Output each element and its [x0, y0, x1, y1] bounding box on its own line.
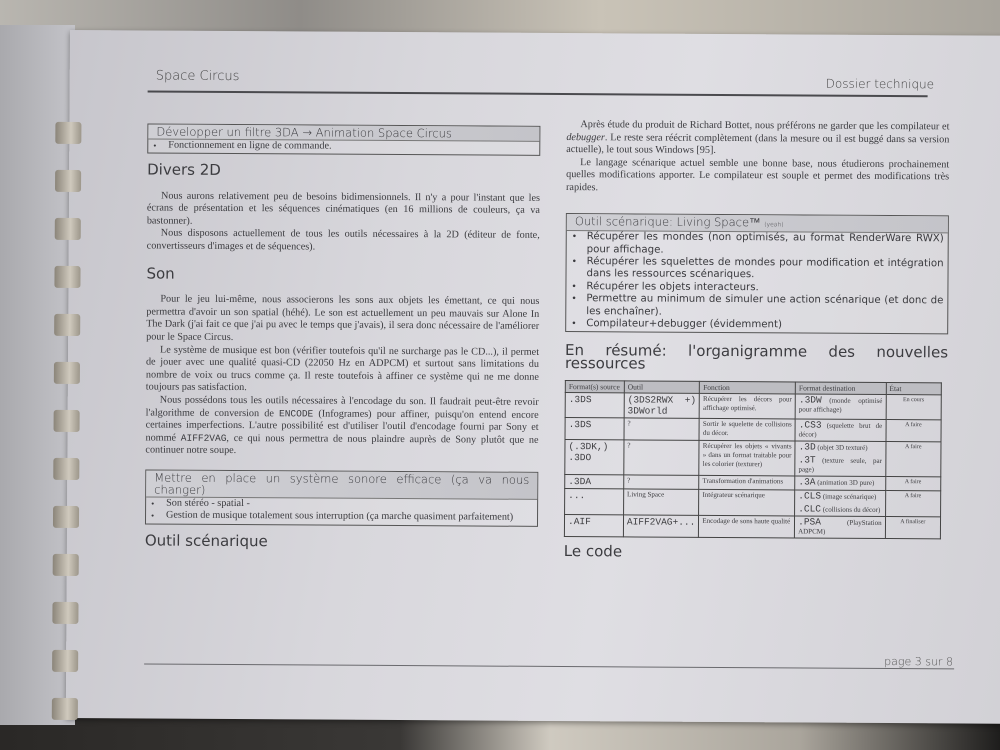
destination-entry: .3A (animation 3D pure)	[798, 477, 882, 488]
cell-status: A faire	[885, 441, 941, 476]
table-row: .3DS?Sortir le squelette de collisions d…	[565, 417, 941, 441]
binding-ring	[54, 362, 80, 384]
cell-destination: .3D (objet 3D texturé).3T (texture seule…	[795, 441, 886, 477]
destination-extension: .3A	[798, 476, 815, 487]
task-item: Gestion de musique totalement sous inter…	[166, 510, 533, 525]
cell-status: A finaliser	[885, 516, 941, 538]
binding-ring	[54, 410, 80, 432]
destination-extension: .CS3	[799, 419, 822, 430]
column-header: Format destination	[795, 382, 886, 395]
header-title: Space Circus	[156, 69, 240, 85]
paragraph: Nous aurons relativement peu de besoins …	[147, 190, 540, 230]
task-list: Son stéréo - spatial - Gestion de musiqu…	[146, 498, 537, 526]
cell-function: Sortir le squelette de collisions du déc…	[699, 418, 795, 441]
task-list: Fonctionnement en ligne de commande.	[148, 139, 539, 155]
task-item: Fonctionnement en ligne de commande.	[168, 139, 535, 154]
code-encode: ENCODE	[279, 408, 313, 419]
task-item: Récupérer les squelettes de mondes pour …	[586, 256, 943, 283]
cell-status: A faire	[885, 490, 941, 516]
destination-description: (objet 3D texturé)	[817, 443, 867, 451]
column-header: Outil	[624, 380, 699, 392]
cell-status: A faire	[885, 476, 940, 490]
cell-source-format: .3DS	[565, 392, 624, 417]
table-row: ...Living SpaceIntégrateur scénarique.CL…	[565, 488, 941, 516]
paragraph: Nous possédons tous les outils nécessair…	[145, 394, 538, 459]
binding-ring	[53, 506, 79, 528]
destination-entry: .3D (objet 3D texturé)	[799, 442, 883, 453]
destination-extension: .3D	[799, 441, 816, 452]
cell-tool: ?	[624, 474, 700, 488]
task-item: Compilateur+debugger (évidemment)	[586, 318, 943, 333]
section-heading-divers-2d: Divers 2D	[147, 163, 540, 178]
cell-function: Récupérer les objets « vivants » dans un…	[699, 440, 795, 476]
binding-ring	[54, 314, 80, 336]
task-list: Récupérer les mondes (non optimisés, au …	[566, 231, 948, 334]
cell-source-format: (.3DK,) .3DO	[565, 439, 624, 474]
left-column: Développer un filtre 3DA → Animation Spa…	[145, 123, 541, 549]
column-header: État	[886, 382, 941, 394]
table-body: .3DS(3DS2RWX +) 3DWorldRécupérer les déc…	[564, 392, 941, 538]
destination-entry: .CS3 (squelette brut de décor)	[799, 420, 883, 440]
destination-entry: .3DW (monde optimisé pour affichage)	[799, 395, 883, 415]
table-row: .AIFAIFF2VAG+...Encodage de sons haute q…	[564, 514, 940, 538]
document-page: Space Circus Dossier technique Développe…	[66, 30, 1000, 724]
cell-function: Intégrateur scénarique	[699, 489, 795, 516]
task-box-living-space: Outil scénarique: Living Space™ (yeah) R…	[565, 213, 949, 335]
destination-entry: .PSA (PlayStation ADPCM)	[798, 517, 882, 537]
section-heading-outil-scenarique: Outil scénarique	[145, 534, 538, 549]
cell-source-format: .3DS	[565, 417, 624, 439]
column-header: Format(s) source	[565, 380, 624, 392]
task-item: Permettre au minimum de simuler une acti…	[586, 293, 943, 320]
section-heading-son: Son	[146, 267, 539, 282]
binding-ring	[54, 266, 80, 288]
destination-entry: .CLS (image scénarique)	[798, 491, 882, 502]
destination-entry: .CLC (collisions du décor)	[798, 504, 882, 515]
binding-ring	[53, 458, 79, 480]
cell-tool: (3DS2RWX +) 3DWorld	[624, 392, 700, 417]
task-box-3da-filter: Développer un filtre 3DA → Animation Spa…	[147, 123, 540, 155]
paragraph: Nous disposons actuellement de tous les …	[147, 228, 540, 256]
cell-destination: .CS3 (squelette brut de décor)	[795, 419, 886, 442]
binding-ring	[55, 122, 81, 144]
task-box-sound-system: Mettre en place un système sonore effica…	[145, 469, 538, 526]
cell-status: A faire	[886, 419, 942, 441]
paragraph: Le système de musique est bon (vérifier …	[146, 344, 539, 397]
cell-status: En cours	[886, 394, 942, 419]
destination-description: (image scénarique)	[823, 492, 877, 500]
destination-entry: .3T (texture seule, par page)	[798, 455, 882, 475]
destination-extension: .3T	[798, 454, 815, 465]
cell-destination: .3A (animation 3D pure)	[795, 476, 886, 491]
resources-table: Format(s) source Outil Fonction Format d…	[564, 380, 942, 539]
column-header: Fonction	[700, 381, 796, 394]
page-number: page 3 sur 8	[884, 655, 953, 668]
header-section: Dossier technique	[826, 77, 934, 92]
table-row: .3DS(3DS2RWX +) 3DWorldRécupérer les déc…	[565, 392, 941, 419]
destination-extension: .CLS	[798, 490, 821, 501]
paragraph: Le langage scénarique actuel semble une …	[566, 157, 949, 197]
destination-extension: .PSA	[798, 516, 821, 527]
cell-source-format: .AIF	[564, 514, 623, 536]
emphasis: debugger	[566, 132, 605, 143]
cell-source-format: .3DA	[565, 474, 624, 488]
cell-tool: Living Space	[623, 488, 699, 514]
cell-tool: ?	[624, 417, 700, 439]
cell-function: Encodage de sons haute qualité	[699, 515, 795, 538]
cell-destination: .PSA (PlayStation ADPCM)	[795, 516, 886, 539]
task-item: Récupérer les mondes (non optimisés, au …	[587, 231, 944, 258]
right-column: Après étude du produit de Richard Bottet…	[564, 119, 950, 560]
code-aiff2vag: AIFF2VAG	[181, 432, 227, 443]
table-row: (.3DK,) .3DO?Récupérer les objets « viva…	[565, 439, 941, 476]
box-title-text: Outil scénarique: Living Space™	[575, 214, 761, 229]
box-title-suffix: (yeah)	[764, 221, 783, 228]
binding-ring	[53, 554, 79, 576]
section-heading-resume: En résumé: l'organigramme des nouvelles …	[565, 344, 948, 372]
paragraph: Pour le jeu lui-même, nous associerons l…	[146, 294, 539, 347]
cell-function: Récupérer les décors pour affichage opti…	[699, 393, 795, 419]
footer-rule	[144, 663, 954, 669]
section-heading-le-code: Le code	[564, 545, 947, 560]
destination-description: (animation 3D pure)	[817, 478, 874, 486]
cell-destination: .3DW (monde optimisé pour affichage)	[795, 394, 886, 420]
binding-ring	[52, 698, 78, 720]
binding-ring	[55, 218, 81, 240]
binding-ring	[52, 602, 78, 624]
task-box-title: Mettre en place un système sonore effica…	[146, 470, 537, 500]
binding-ring	[52, 650, 78, 672]
cell-source-format: ...	[565, 488, 624, 514]
paragraph: Après étude du produit de Richard Bottet…	[566, 119, 949, 159]
cell-tool: ?	[624, 439, 700, 474]
destination-description: (collisions du décor)	[823, 505, 881, 513]
cell-tool: AIFF2VAG+...	[623, 514, 699, 536]
text-run: . Le reste sera réécrit complètement (da…	[566, 132, 949, 156]
binding-ring	[55, 170, 81, 192]
destination-extension: .CLC	[798, 503, 821, 514]
destination-extension: .3DW	[799, 394, 822, 405]
cell-destination: .CLS (image scénarique).CLC (collisions …	[795, 490, 886, 517]
header-rule	[148, 90, 928, 97]
text-run: Après étude du produit de Richard Bottet…	[580, 119, 949, 132]
cell-function: Transformation d'animations	[699, 475, 795, 490]
